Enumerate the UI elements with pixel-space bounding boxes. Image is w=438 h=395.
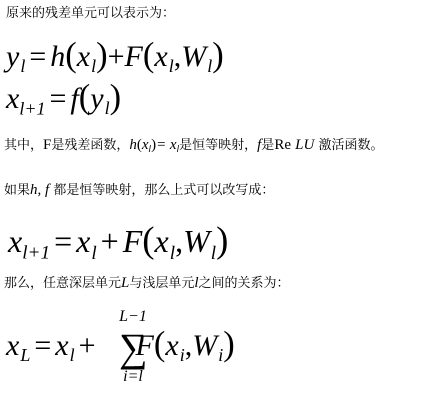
- sum-upper-limit: L−1: [113, 308, 153, 326]
- eq-operator: =: [50, 223, 76, 259]
- intro-text: 原来的残差单元可以表示为：: [6, 6, 175, 22]
- relation-text: 那么，任意深层单元L与浅层单元l之间的关系为：: [4, 275, 290, 292]
- eq-subscript: l: [70, 345, 75, 365]
- eq-subscript: L: [20, 345, 30, 365]
- eq-symbol: W: [192, 329, 217, 362]
- eq-symbol: x: [77, 40, 90, 73]
- eq-symbol: x: [6, 82, 19, 115]
- eq-symbol: W: [183, 223, 210, 259]
- eq-subscript: l: [91, 243, 96, 264]
- eq-subscript: l+1: [19, 98, 45, 118]
- equation-identity-residual: xl+1=xl+F(xl,Wl): [8, 222, 228, 263]
- equation-residual-unit: yl=h(xl)+F(xl,Wl): [6, 38, 224, 75]
- eq-symbol: x: [8, 223, 22, 259]
- eq-operator: +: [97, 223, 123, 259]
- eq-symbol: F: [123, 223, 143, 259]
- eq-comma: ,: [175, 223, 183, 259]
- eq-symbol: x: [155, 223, 169, 259]
- eq-operator: =: [25, 40, 50, 73]
- eq-symbol: x: [165, 329, 178, 362]
- eq-symbol: W: [181, 40, 206, 73]
- eq-symbol: y: [6, 40, 19, 73]
- eq-operator: +: [108, 40, 125, 73]
- explanation-text: 其中，F是残差函数，h(xl)= xl是恒等映射，f是Re LU 激活函数。: [4, 137, 383, 158]
- eq-symbol: x: [6, 329, 19, 362]
- eq-operator: +: [75, 329, 100, 362]
- summation: L−1 ∑ i=l: [113, 308, 153, 388]
- sum-lower-limit: i=l: [113, 368, 153, 386]
- eq-symbol: x: [55, 329, 68, 362]
- sigma-icon: ∑: [119, 328, 148, 368]
- eq-symbol: F: [125, 40, 143, 73]
- eq-operator: =: [45, 82, 70, 115]
- eq-operator: =: [30, 329, 55, 362]
- eq-symbol: x: [76, 223, 90, 259]
- equation-activation: xl+1=f(yl): [6, 80, 121, 117]
- eq-symbol: f: [70, 82, 78, 115]
- eq-symbol: y: [90, 82, 103, 115]
- eq-symbol: h: [50, 40, 65, 73]
- eq-symbol: x: [154, 40, 167, 73]
- condition-text: 如果h, f 都是恒等映射，那么上式可以改写成：: [4, 182, 274, 199]
- eq-subscript: l+1: [22, 243, 50, 264]
